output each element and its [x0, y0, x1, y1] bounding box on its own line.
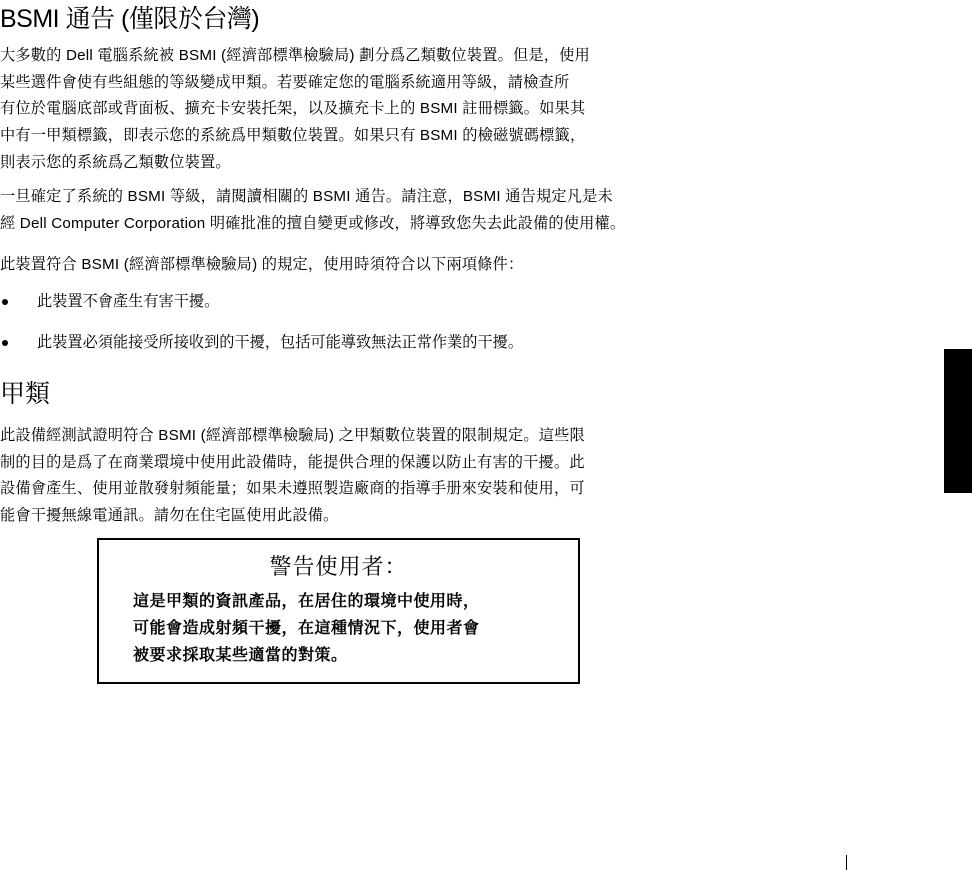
chapter-edge-tab [944, 349, 972, 493]
footer-divider [846, 855, 847, 870]
intro-paragraph: 大多數的 Dell 電腦系統被 BSMI (經濟部標準檢驗局) 劃分爲乙類數位裝… [0, 43, 690, 177]
text-line: 某些選件會使有些組態的等級變成甲類。若要確定您的電腦系統適用等級，請檢查所 [0, 70, 690, 97]
warning-box: 警告使用者： 這是甲類的資訊產品，在居住的環境中使用時， 可能會造成射頻干擾，在… [97, 538, 580, 684]
warning-line: 被要求採取某些適當的對策。 [133, 641, 480, 668]
conditions-intro: 此裝置符合 BSMI (經濟部標準檢驗局) 的規定，使用時須符合以下兩項條件： [0, 252, 690, 279]
text-line: 大多數的 Dell 電腦系統被 BSMI (經濟部標準檢驗局) 劃分爲乙類數位裝… [0, 43, 690, 70]
text-line: 能會干擾無線電通訊。請勿在住宅區使用此設備。 [0, 503, 690, 530]
text-line: 則表示您的系統爲乙類數位裝置。 [0, 150, 690, 177]
text-line: 經 Dell Computer Corporation 明確批准的擅自變更或修改… [0, 211, 690, 238]
text-line: 此設備經測試證明符合 BSMI (經濟部標準檢驗局) 之甲類數位裝置的限制規定。… [0, 423, 690, 450]
text-line: 一旦確定了系統的 BSMI 等級，請閱讀相關的 BSMI 通告。請注意，BSMI… [0, 184, 690, 211]
condition-text: 此裝置必須能接受所接收到的干擾，包括可能導致無法正常作業的干擾。 [37, 330, 523, 356]
text-line: 設備會產生、使用並散發射頻能量；如果未遵照製造廠商的指導手册來安裝和使用，可 [0, 476, 690, 503]
warning-line: 這是甲類的資訊產品，在居住的環境中使用時， [133, 587, 480, 614]
class-a-paragraph: 此設備經測試證明符合 BSMI (經濟部標準檢驗局) 之甲類數位裝置的限制規定。… [0, 423, 690, 530]
text-line: 中有一甲類標籤，即表示您的系統爲甲類數位裝置。如果只有 BSMI 的檢磁號碼標籤… [0, 123, 690, 150]
section-heading-class-a: 甲類 [0, 377, 50, 411]
notice-paragraph: 一旦確定了系統的 BSMI 等級，請閱讀相關的 BSMI 通告。請注意，BSMI… [0, 184, 690, 237]
text-line: 此裝置符合 BSMI (經濟部標準檢驗局) 的規定，使用時須符合以下兩項條件： [0, 252, 690, 279]
condition-text: 此裝置不會產生有害干擾。 [37, 289, 219, 315]
text-line: 有位於電腦底部或背面板、擴充卡安裝托架，以及擴充卡上的 BSMI 註冊標籤。如果… [0, 96, 690, 123]
text-line: 制的目的是爲了在商業環境中使用此設備時，能提供合理的保護以防止有害的干擾。此 [0, 450, 690, 477]
bullet-icon [2, 299, 8, 305]
bullet-icon [2, 340, 8, 346]
page-title: BSMI 通告 (僅限於台灣) [0, 2, 259, 36]
warning-title: 警告使用者： [99, 552, 578, 582]
warning-line: 可能會造成射頻干擾，在這種情況下，使用者會 [133, 614, 480, 641]
document-page: BSMI 通告 (僅限於台灣) 大多數的 Dell 電腦系統被 BSMI (經濟… [0, 0, 972, 870]
warning-body: 這是甲類的資訊產品，在居住的環境中使用時， 可能會造成射頻干擾，在這種情況下，使… [133, 587, 480, 668]
